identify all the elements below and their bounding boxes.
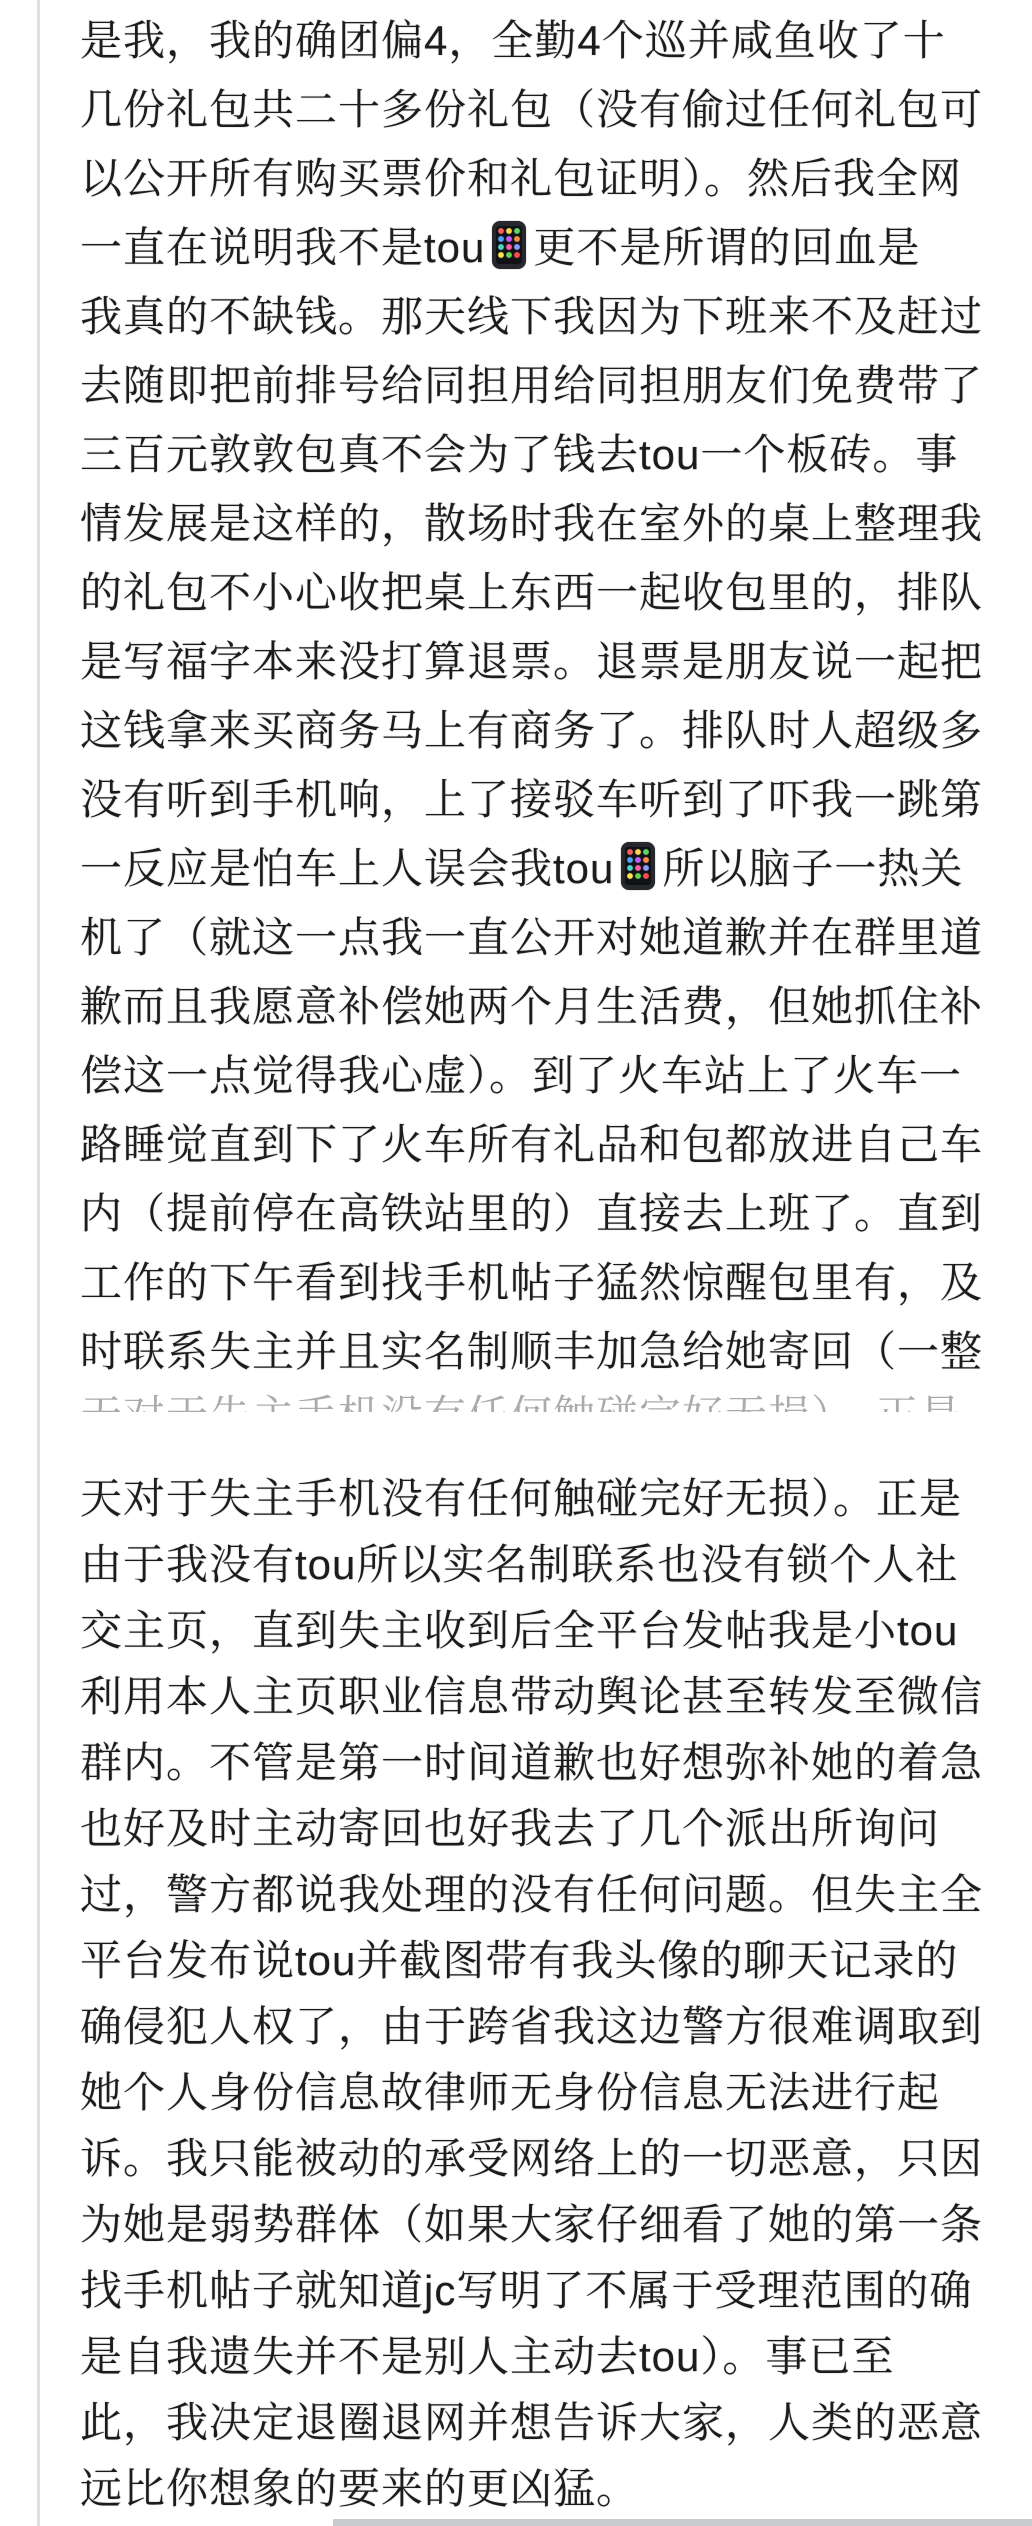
text-line: 时联系失主并且实名制顺丰加急给她寄回（一整: [80, 1317, 990, 1386]
post-text-block-1: 是我，我的确团偏4，全勤4个巡并咸鱼收了十 几份礼包共二十多份礼包（没有偷过任何…: [80, 6, 990, 1386]
left-border-line: [37, 0, 40, 2526]
text-line: 群内。不管是第一时间道歉也好想弥补她的着急: [80, 1730, 990, 1796]
text-segment: 一直在说明我不是tou: [80, 224, 485, 271]
mobile-phone-emoji-icon: [492, 221, 526, 269]
text-line: 一反应是怕车上人误会我tou所以脑子一热关: [80, 834, 990, 903]
clipped-text-line: 天对于失主手机没有任何触碰完好无损）。正是: [80, 1392, 990, 1412]
text-line: 天对于失主手机没有任何触碰完好无损）。正是: [80, 1466, 990, 1532]
text-line: 三百元敦敦包真不会为了钱去tou一个板砖。事: [80, 420, 990, 489]
text-line: 此，我决定退圈退网并想告诉大家，人类的恶意: [80, 2390, 990, 2456]
text-line: 平台发布说tou并截图带有我头像的聊天记录的: [80, 1928, 990, 1994]
text-line: 她个人身份信息故律师无身份信息无法进行起: [80, 2060, 990, 2126]
post-text-block-2: 天对于失主手机没有任何触碰完好无损）。正是 由于我没有tou所以实名制联系也没有…: [80, 1466, 990, 2522]
text-line: 去随即把前排号给同担用给同担朋友们免费带了: [80, 351, 990, 420]
text-line: 偿这一点觉得我心虚）。到了火车站上了火车一: [80, 1041, 990, 1110]
text-line: 利用本人主页职业信息带动舆论甚至转发至微信: [80, 1664, 990, 1730]
text-line: 几份礼包共二十多份礼包（没有偷过任何礼包可: [80, 75, 990, 144]
text-line: 过，警方都说我处理的没有任何问题。但失主全: [80, 1862, 990, 1928]
text-line: 机了（就这一点我一直公开对她道歉并在群里道: [80, 903, 990, 972]
text-line: 情发展是这样的，散场时我在室外的桌上整理我: [80, 489, 990, 558]
text-line: 交主页，直到失主收到后全平台发帖我是小tou: [80, 1598, 990, 1664]
text-line: 是写福字本来没打算退票。退票是朋友说一起把: [80, 627, 990, 696]
text-line: 的礼包不小心收把桌上东西一起收包里的，排队: [80, 558, 990, 627]
text-line: 找手机帖子就知道jc写明了不属于受理范围的确: [80, 2258, 990, 2324]
text-line: 路睡觉直到下了火车所有礼品和包都放进自己车: [80, 1110, 990, 1179]
post-screenshot: 是我，我的确团偏4，全勤4个巡并咸鱼收了十 几份礼包共二十多份礼包（没有偷过任何…: [0, 0, 1032, 2526]
stitch-seam-clipped-line: 天对于失主手机没有任何触碰完好无损）。正是: [80, 1392, 990, 1412]
text-segment: 一反应是怕车上人误会我tou: [80, 845, 614, 892]
text-line: 内（提前停在高铁站里的）直接去上班了。直到: [80, 1179, 990, 1248]
mobile-phone-emoji-icon: [621, 842, 655, 890]
text-line: 确侵犯人权了，由于跨省我这边警方很难调取到: [80, 1994, 990, 2060]
text-line: 诉。我只能被动的承受网络上的一切恶意，只因: [80, 2126, 990, 2192]
text-line: 工作的下午看到找手机帖子猛然惊醒包里有，及: [80, 1248, 990, 1317]
text-line: 歉而且我愿意补偿她两个月生活费，但她抓住补: [80, 972, 990, 1041]
text-segment: 所以脑子一热关: [662, 845, 963, 892]
text-line: 是我，我的确团偏4，全勤4个巡并咸鱼收了十: [80, 6, 990, 75]
text-line: 我真的不缺钱。那天线下我因为下班来不及赶过: [80, 282, 990, 351]
text-line: 远比你想象的要来的更凶猛。: [80, 2456, 990, 2522]
bottom-edge-artifact: [333, 2519, 1032, 2526]
text-line: 为她是弱势群体（如果大家仔细看了她的第一条: [80, 2192, 990, 2258]
phone-screen: [625, 847, 651, 885]
text-line: 没有听到手机响，上了接驳车听到了吓我一跳第: [80, 765, 990, 834]
text-line: 一直在说明我不是tou更不是所谓的回血是: [80, 213, 990, 282]
text-segment: 更不是所谓的回血是: [533, 224, 920, 271]
text-line: 是自我遗失并不是别人主动去tou）。事已至: [80, 2324, 990, 2390]
text-line: 这钱拿来买商务马上有商务了。排队时人超级多: [80, 696, 990, 765]
text-line: 以公开所有购买票价和礼包证明）。然后我全网: [80, 144, 990, 213]
text-line: 由于我没有tou所以实名制联系也没有锁个人社: [80, 1532, 990, 1598]
text-line: 也好及时主动寄回也好我去了几个派出所询问: [80, 1796, 990, 1862]
phone-screen: [496, 226, 522, 264]
